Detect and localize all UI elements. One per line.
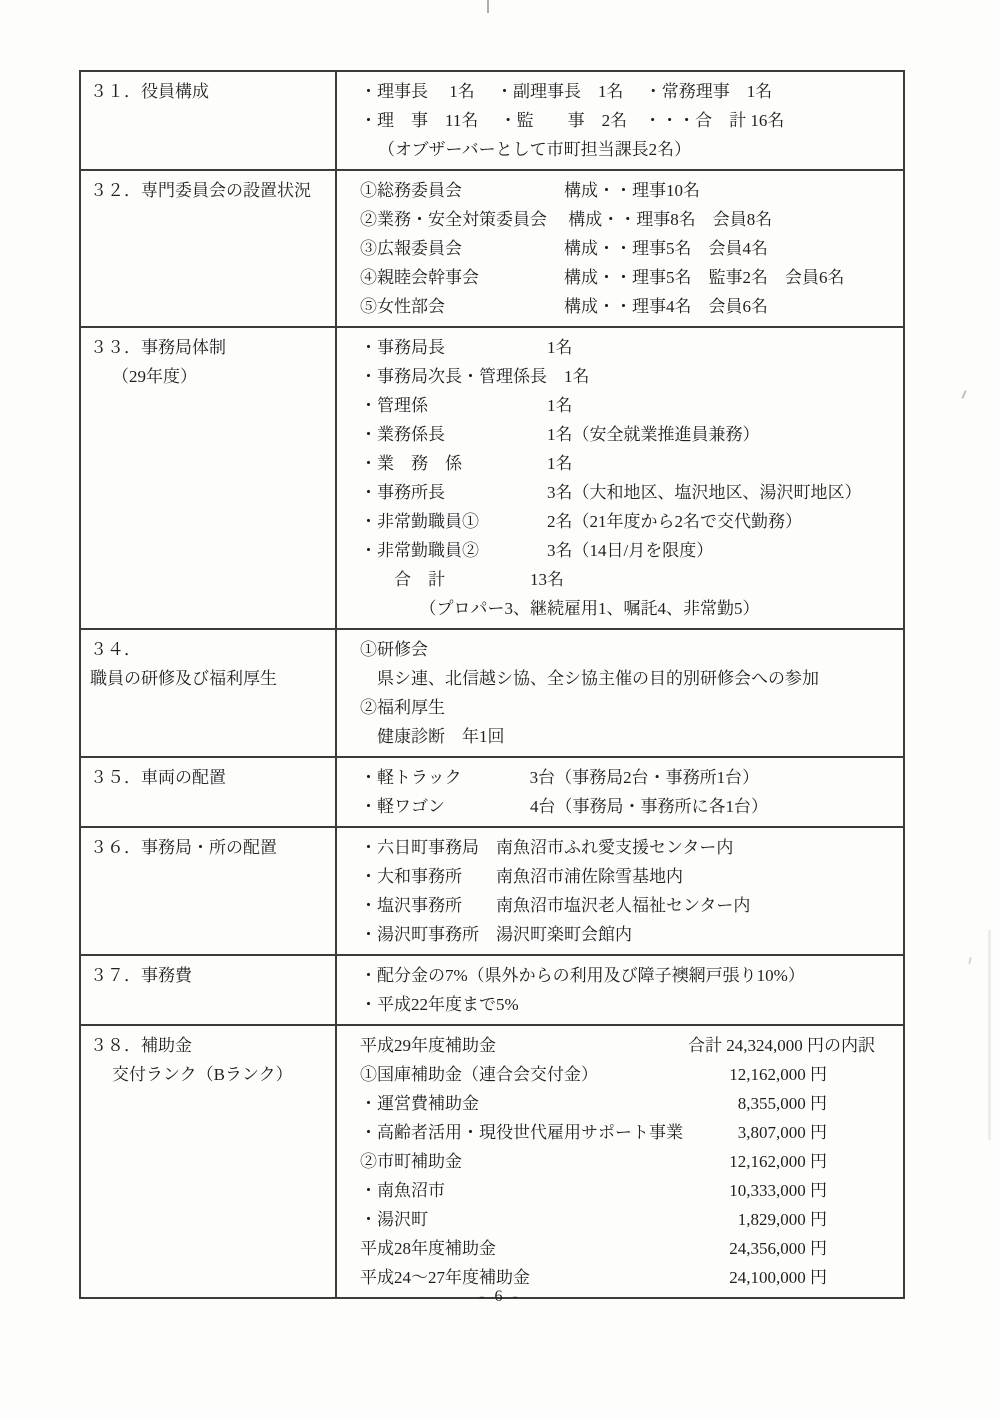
content-line: ・管理係 1名 [360,391,897,420]
content-line: ①総務委員会 構成・・理事10名 [360,176,897,205]
content-line: （プロパー3、継続雇用1、嘱託4、非常勤5） [360,594,897,623]
scan-artifact-speck [961,390,966,399]
row-header-line: ３１．役員構成 [90,77,331,106]
scan-artifact-top-tick [487,0,489,13]
table-row-38: ３８．補助金交付ランク（Bランク）平成29年度補助金合計 24,324,000 … [81,1024,903,1297]
content-amount-line: 平成28年度補助金24,356,000 円 [360,1234,897,1263]
content-line: ・軽ワゴン 4台（事務局・事務所に各1台） [360,792,897,821]
amount-value: 3,807,000 円 [738,1118,827,1147]
content-amount-line: ・運営費補助金8,355,000 円 [360,1089,897,1118]
row-header-line: ３５．車両の配置 [90,763,331,792]
content-line: （オブザーバーとして市町担当課長2名） [360,135,897,164]
content-amount-line: ①国庫補助金（連合会交付金）12,162,000 円 [360,1060,897,1089]
content-line: ・塩沢事務所 南魚沼市塩沢老人福祉センター内 [360,891,897,920]
page-number: - 6 - [0,1288,1000,1306]
row-header-line: （29年度） [90,362,331,391]
amount-value: 8,355,000 円 [738,1089,827,1118]
table-row-36: ３６．事務局・所の配置・六日町事務局 南魚沼市ふれ愛支援センター内・大和事務所 … [81,826,903,954]
row-header-line: ３８．補助金 [90,1031,331,1060]
content-line: ・非常勤職員① 2名（21年度から2名で交代勤務） [360,507,897,536]
scan-artifact-speck [968,957,971,964]
content-line: ・六日町事務局 南魚沼市ふれ愛支援センター内 [360,833,897,862]
amount-label: ・運営費補助金 [360,1089,479,1118]
row-header-line: ３４． [90,635,331,664]
row-header-line: 交付ランク（Bランク） [90,1060,331,1089]
content-line: ①研修会 [360,635,897,664]
amount-label: ②市町補助金 [360,1147,462,1176]
row-header-cell: ３８．補助金交付ランク（Bランク） [81,1026,337,1297]
amount-label: 平成28年度補助金 [360,1234,496,1263]
row-header-cell: ３３．事務局体制（29年度） [81,328,337,628]
content-line: ・理 事 11名 ・監 事 2名 ・・・合 計 16名 [360,106,897,135]
row-content-cell: ・軽トラック 3台（事務局2台・事務所1台）・軽ワゴン 4台（事務局・事務所に各… [337,758,903,826]
row-header-line: 職員の研修及び福利厚生 [90,664,331,693]
amount-value: 12,162,000 円 [729,1060,827,1089]
row-content-cell: ・六日町事務局 南魚沼市ふれ愛支援センター内・大和事務所 南魚沼市浦佐除雪基地内… [337,828,903,954]
content-line: ③広報委員会 構成・・理事5名 会員4名 [360,234,897,263]
table-row-37: ３７．事務費・配分金の7%（県外からの利用及び障子襖網戸張り10%）・平成22年… [81,954,903,1024]
row-header-line: ３６．事務局・所の配置 [90,833,331,862]
content-line: ・非常勤職員② 3名（14日/月を限度） [360,536,897,565]
table-row-35: ３５．車両の配置・軽トラック 3台（事務局2台・事務所1台）・軽ワゴン 4台（事… [81,756,903,826]
table-row-34: ３４．職員の研修及び福利厚生①研修会 県シ連、北信越シ協、全シ協主催の目的別研修… [81,628,903,756]
row-header-line: ３７．事務費 [90,961,331,990]
table-row-31: ３１．役員構成・理事長 1名 ・副理事長 1名 ・常務理事 1名・理 事 11名… [81,72,903,169]
content-line: ・事務所長 3名（大和地区、塩沢地区、湯沢町地区） [360,478,897,507]
content-line: ・業 務 係 1名 [360,449,897,478]
content-line: ・理事長 1名 ・副理事長 1名 ・常務理事 1名 [360,77,897,106]
content-amount-line: 平成29年度補助金合計 24,324,000 円の内訳 [360,1031,897,1060]
row-content-cell: ・事務局長 1名・事務局次長・管理係長 1名・管理係 1名・業務係長 1名（安全… [337,328,903,628]
table-row-32: ３２．専門委員会の設置状況①総務委員会 構成・・理事10名②業務・安全対策委員会… [81,169,903,326]
content-line: ・配分金の7%（県外からの利用及び障子襖網戸張り10%） [360,961,897,990]
amount-label: ①国庫補助金（連合会交付金） [360,1060,598,1089]
content-line: ・平成22年度まで5% [360,990,897,1019]
content-amount-line: ・湯沢町1,829,000 円 [360,1205,897,1234]
content-line: ・業務係長 1名（安全就業推進員兼務） [360,420,897,449]
content-line: ④親睦会幹事会 構成・・理事5名 監事2名 会員6名 [360,263,897,292]
content-line: ・湯沢町事務所 湯沢町楽町会館内 [360,920,897,949]
amount-label: ・湯沢町 [360,1205,428,1234]
content-amount-line: ・高齢者活用・現役世代雇用サポート事業3,807,000 円 [360,1118,897,1147]
row-header-cell: ３４．職員の研修及び福利厚生 [81,630,337,756]
row-content-cell: ①総務委員会 構成・・理事10名②業務・安全対策委員会 構成・・理事8名 会員8… [337,171,903,326]
amount-value: 10,333,000 円 [729,1176,827,1205]
row-header-cell: ３１．役員構成 [81,72,337,169]
amount-label: 平成29年度補助金 [360,1031,496,1060]
row-content-cell: ・配分金の7%（県外からの利用及び障子襖網戸張り10%）・平成22年度まで5% [337,956,903,1024]
content-line: 県シ連、北信越シ協、全シ協主催の目的別研修会への参加 [360,664,897,693]
amount-value: 1,829,000 円 [738,1205,827,1234]
row-header-cell: ３６．事務局・所の配置 [81,828,337,954]
content-line: ⑤女性部会 構成・・理事4名 会員6名 [360,292,897,321]
row-header-line: ３２．専門委員会の設置状況 [90,176,331,205]
info-table: ３１．役員構成・理事長 1名 ・副理事長 1名 ・常務理事 1名・理 事 11名… [79,70,905,1299]
row-content-cell: 平成29年度補助金合計 24,324,000 円の内訳①国庫補助金（連合会交付金… [337,1026,903,1297]
row-header-cell: ３７．事務費 [81,956,337,1024]
content-line: ・大和事務所 南魚沼市浦佐除雪基地内 [360,862,897,891]
content-amount-line: ・南魚沼市10,333,000 円 [360,1176,897,1205]
row-header-line: ３３．事務局体制 [90,333,331,362]
content-line: ②業務・安全対策委員会 構成・・理事8名 会員8名 [360,205,897,234]
table-row-33: ３３．事務局体制（29年度）・事務局長 1名・事務局次長・管理係長 1名・管理係… [81,326,903,628]
document-page: ３１．役員構成・理事長 1名 ・副理事長 1名 ・常務理事 1名・理 事 11名… [0,0,1000,1418]
content-line: ・軽トラック 3台（事務局2台・事務所1台） [360,763,897,792]
content-line: ・事務局長 1名 [360,333,897,362]
scan-artifact-streak [988,930,991,1140]
row-header-cell: ３２．専門委員会の設置状況 [81,171,337,326]
row-content-cell: ・理事長 1名 ・副理事長 1名 ・常務理事 1名・理 事 11名 ・監 事 2… [337,72,903,169]
amount-value: 24,356,000 円 [729,1234,827,1263]
amount-label: ・高齢者活用・現役世代雇用サポート事業 [360,1118,683,1147]
amount-value: 12,162,000 円 [729,1147,827,1176]
content-line: ②福利厚生 [360,693,897,722]
amount-label: ・南魚沼市 [360,1176,445,1205]
row-header-cell: ３５．車両の配置 [81,758,337,826]
amount-value: 合計 24,324,000 円の内訳 [688,1031,875,1060]
content-line: 健康診断 年1回 [360,722,897,751]
content-amount-line: ②市町補助金12,162,000 円 [360,1147,897,1176]
content-line: 合 計 13名 [360,565,897,594]
content-line: ・事務局次長・管理係長 1名 [360,362,897,391]
row-content-cell: ①研修会 県シ連、北信越シ協、全シ協主催の目的別研修会への参加②福利厚生 健康診… [337,630,903,756]
